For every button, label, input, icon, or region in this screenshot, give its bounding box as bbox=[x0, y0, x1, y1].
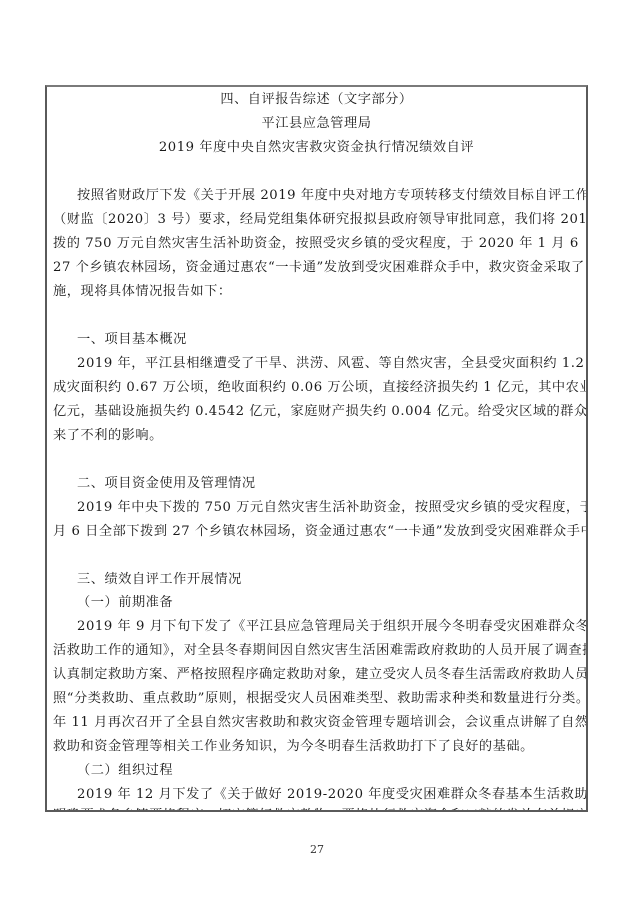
section2-line: 2019 年中央下拨的 750 万元自然灾害生活补助资金，按照受灾乡镇的受灾程度… bbox=[47, 499, 586, 517]
section3-sub1-heading: （一）前期准备 bbox=[47, 594, 586, 612]
intro-line: 按照省财政厅下发《关于开展 2019 年度中央对地方专项转移支付绩效目标自评工作… bbox=[47, 187, 586, 205]
section3-sub1-line: 救助和资金管理等相关工作业务知识，为今冬明春生活救助打下了良好的基础。 bbox=[47, 738, 586, 756]
intro-line: 拨的 750 万元自然灾害生活补助资金，按照受灾乡镇的受灾程度，于 2020 年… bbox=[47, 235, 586, 253]
section3-sub2-line: 明确要求各乡镇严格程序，切实管好救灾款物；严格执行救灾资金和口粮的发放有关规定，… bbox=[47, 807, 586, 812]
section1-line: 亿元，基础设施损失约 0.4542 亿元，家庭财产损失约 0.004 亿元。给受… bbox=[47, 403, 586, 421]
section1-line: 来了不利的影响。 bbox=[47, 427, 586, 445]
section1-heading: 一、项目基本概况 bbox=[47, 331, 586, 349]
page-number: 27 bbox=[0, 843, 634, 856]
section3-heading: 三、绩效自评工作开展情况 bbox=[47, 571, 586, 589]
section3-sub1-line: 活救助工作的通知》，对全县冬春期间因自然灾害生活困难需政府救助的人员开展了调查摸… bbox=[47, 642, 586, 660]
section2-heading: 二、项目资金使用及管理情况 bbox=[47, 475, 586, 493]
section3-sub1-line: 认真制定救助方案、严格按照程序确定救助对象，建立受灾人员冬春生活需政府救助人员台… bbox=[47, 666, 586, 684]
section1-line: 2019 年，平江县相继遭受了干旱、洪涝、风雹、等自然灾害，全县受灾面积约 1.… bbox=[47, 355, 586, 373]
section3-sub2-line: 2019 年 12 月下发了《关于做好 2019-2020 年度受灾困难群众冬春… bbox=[47, 786, 586, 804]
section2-line: 月 6 日全部下拨到 27 个乡镇农林园场，资金通过惠农“一卡通”发放到受灾困难… bbox=[47, 523, 586, 541]
intro-line: 27 个乡镇农林园场，资金通过惠农“一卡通”发放到受灾困难群众手中，救灾资金采取… bbox=[47, 259, 586, 277]
intro-line: 施，现将具体情况报告如下： bbox=[47, 283, 586, 301]
report-title: 2019 年度中央自然灾害救灾资金执行情况绩效自评 bbox=[47, 139, 586, 157]
section-heading: 四、自评报告综述（文字部分） bbox=[47, 91, 586, 109]
section3-sub1-line: 2019 年 9 月下旬下发了《平江县应急管理局关于组织开展今冬明春受灾困难群众… bbox=[47, 618, 586, 636]
organization-name: 平江县应急管理局 bbox=[47, 115, 586, 133]
section3-sub2-heading: （二）组织过程 bbox=[47, 762, 586, 780]
section3-sub1-line: 照“分类救助、重点救助”原则，根据受灾人员困难类型、救助需求种类和数量进行分类。… bbox=[47, 690, 586, 708]
section1-line: 成灾面积约 0.67 万公顷，绝收面积约 0.06 万公顷，直接经济损失约 1 … bbox=[47, 379, 586, 397]
intro-line: （财监〔2020〕3 号）要求，经局党组集体研究报拟县政府领导审批同意，我们将 … bbox=[47, 211, 586, 229]
section3-sub1-line: 年 11 月再次召开了全县自然灾害救助和救灾资金管理专题培训会，会议重点讲解了自… bbox=[47, 714, 586, 732]
report-frame: 四、自评报告综述（文字部分） 平江县应急管理局 2019 年度中央自然灾害救灾资… bbox=[45, 85, 588, 812]
